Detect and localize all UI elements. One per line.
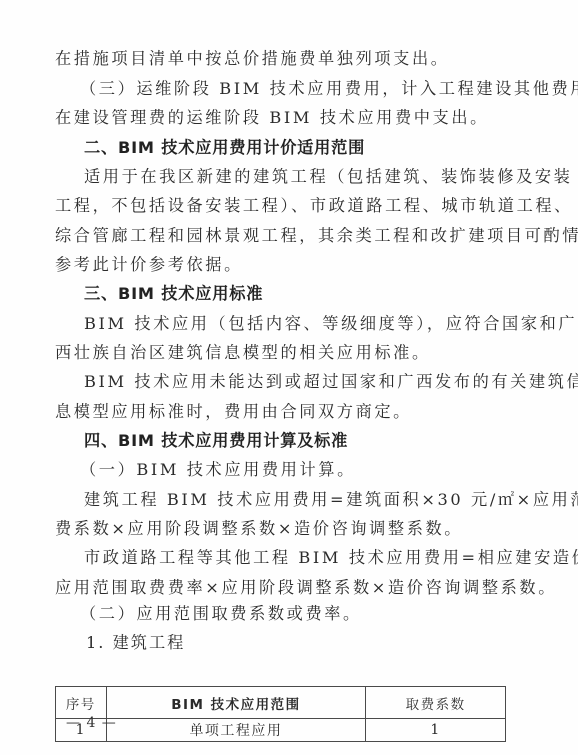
cell-bim-scope: 单项工程应用 bbox=[106, 719, 366, 742]
subsection-heading: （一）BIM 技术应用费用计算。 bbox=[80, 459, 532, 481]
section-heading-4: 四、BIM 技术应用费用计算及标准 bbox=[84, 430, 536, 452]
header-fee-coefficient: 取费系数 bbox=[366, 687, 506, 719]
paragraph-line: 参考此计价参考依据。 bbox=[55, 254, 507, 276]
header-bim-scope: BIM 技术应用范围 bbox=[106, 687, 366, 719]
formula-line: 应用范围取费费率×应用阶段调整系数×造价咨询调整系数。 bbox=[55, 577, 507, 599]
paragraph-line: 在建设管理费的运维阶段 BIM 技术应用费中支出。 bbox=[55, 107, 507, 129]
formula-line: 市政道路工程等其他工程 BIM 技术应用费用=相应建安造价× bbox=[84, 547, 507, 569]
formula-line: 费系数×应用阶段调整系数×造价咨询调整系数。 bbox=[55, 518, 507, 540]
paragraph-line: BIM 技术应用（包括内容、等级细度等），应符合国家和广 bbox=[84, 313, 507, 335]
list-item-heading: 1. 建筑工程 bbox=[86, 632, 538, 654]
page-number: — 4 — bbox=[66, 714, 117, 732]
table-row: 1 单项工程应用 1 bbox=[56, 719, 506, 742]
paragraph-line: BIM 技术应用未能达到或超过国家和广西发布的有关建筑信 bbox=[84, 371, 507, 393]
formula-line: 建筑工程 BIM 技术应用费用=建筑面积×30 元/㎡×应用范围取 bbox=[84, 489, 507, 511]
paragraph-line: 工程，不包括设备安装工程）、市政道路工程、城市轨道工程、 bbox=[55, 195, 507, 217]
document-page: 在措施项目清单中按总价措施费单独列项支出。 （三）运维阶段 BIM 技术应用费用… bbox=[0, 0, 578, 755]
section-heading-3: 三、BIM 技术应用标准 bbox=[84, 283, 536, 305]
fee-coefficient-table: 序号 BIM 技术应用范围 取费系数 1 单项工程应用 1 bbox=[55, 686, 506, 742]
paragraph-line: 息模型应用标准时，费用由合同双方商定。 bbox=[55, 401, 507, 423]
cell-fee-coefficient: 1 bbox=[366, 719, 506, 742]
paragraph-line: 西壮族自治区建筑信息模型的相关应用标准。 bbox=[55, 342, 507, 364]
paragraph-line: 综合管廊工程和园林景观工程，其余类工程和改扩建项目可酌情 bbox=[55, 225, 507, 247]
paragraph-line: （三）运维阶段 BIM 技术应用费用，计入工程建设其他费用， bbox=[80, 78, 507, 100]
table-header-row: 序号 BIM 技术应用范围 取费系数 bbox=[56, 687, 506, 719]
paragraph-line: 适用于在我区新建的建筑工程（包括建筑、装饰装修及安装 bbox=[84, 166, 507, 188]
subsection-heading: （二）应用范围取费系数或费率。 bbox=[80, 603, 532, 625]
section-heading-2: 二、BIM 技术应用费用计价适用范围 bbox=[84, 137, 536, 159]
paragraph-line: 在措施项目清单中按总价措施费单独列项支出。 bbox=[55, 48, 507, 70]
